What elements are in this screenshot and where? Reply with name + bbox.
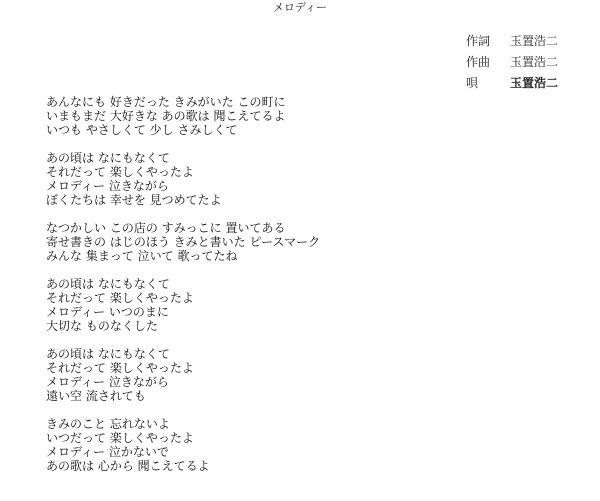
lyric-line: いまもまだ 大好きな あの歌は 聞こえてるよ xyxy=(46,109,320,123)
lyric-line: あの頃は なにもなくて xyxy=(46,151,320,165)
credit-label: 唄 xyxy=(466,75,510,96)
song-title: メロディー xyxy=(0,1,600,15)
stanza-1: あんなにも 好きだった きみがいた この町に いまもまだ 大好きな あの歌は 聞… xyxy=(46,95,320,137)
lyric-line: メロディー 泣かないで xyxy=(46,445,320,459)
lyric-line: あの頃は なにもなくて xyxy=(46,277,320,291)
lyric-line: ぼくたちは 幸せを 見つめてたよ xyxy=(46,193,320,207)
lyrics-body: あんなにも 好きだった きみがいた この町に いまもまだ 大好きな あの歌は 聞… xyxy=(46,95,320,487)
lyric-line: あんなにも 好きだった きみがいた この町に xyxy=(46,95,320,109)
lyric-line: 寄せ書きの はじのほう きみと書いた ピースマーク xyxy=(46,235,320,249)
credit-label: 作詞 xyxy=(466,33,510,54)
credit-value: 玉置浩二 xyxy=(510,54,558,75)
lyric-line: メロディー いつのまに xyxy=(46,305,320,319)
credit-row-singer: 唄 玉置浩二 xyxy=(466,75,558,96)
credit-label: 作曲 xyxy=(466,54,510,75)
stanza-3: なつかしい この店の すみっこに 置いてある 寄せ書きの はじのほう きみと書い… xyxy=(46,221,320,263)
lyric-line: 大切な ものなくした xyxy=(46,319,320,333)
lyric-line: みんな 集まって 泣いて 歌ってたね xyxy=(46,249,320,263)
lyric-line: いつも やさしくて 少し さみしくて xyxy=(46,123,320,137)
credit-row-lyricist: 作詞 玉置浩二 xyxy=(466,33,558,54)
credit-value: 玉置浩二 xyxy=(510,33,558,54)
lyric-line: それだって 楽しくやったよ xyxy=(46,291,320,305)
lyric-line: いつだって 楽しくやったよ xyxy=(46,431,320,445)
lyric-line: きみのこと 忘れないよ xyxy=(46,417,320,431)
stanza-6: きみのこと 忘れないよ いつだって 楽しくやったよ メロディー 泣かないで あの… xyxy=(46,417,320,473)
lyric-line: それだって 楽しくやったよ xyxy=(46,361,320,375)
lyric-line: あの歌は 心から 聞こえてるよ xyxy=(46,459,320,473)
credits-block: 作詞 玉置浩二 作曲 玉置浩二 唄 玉置浩二 xyxy=(466,33,558,96)
lyric-line: なつかしい この店の すみっこに 置いてある xyxy=(46,221,320,235)
lyric-line: それだって 楽しくやったよ xyxy=(46,165,320,179)
lyric-line: メロディー 泣きながら xyxy=(46,375,320,389)
credit-value: 玉置浩二 xyxy=(510,75,558,96)
credit-row-composer: 作曲 玉置浩二 xyxy=(466,54,558,75)
stanza-4: あの頃は なにもなくて それだって 楽しくやったよ メロディー いつのまに 大切… xyxy=(46,277,320,333)
lyric-line: 遠い空 流されても xyxy=(46,389,320,403)
stanza-2: あの頃は なにもなくて それだって 楽しくやったよ メロディー 泣きながら ぼく… xyxy=(46,151,320,207)
lyric-line: あの頃は なにもなくて xyxy=(46,347,320,361)
lyric-line: メロディー 泣きながら xyxy=(46,179,320,193)
stanza-5: あの頃は なにもなくて それだって 楽しくやったよ メロディー 泣きながら 遠い… xyxy=(46,347,320,403)
